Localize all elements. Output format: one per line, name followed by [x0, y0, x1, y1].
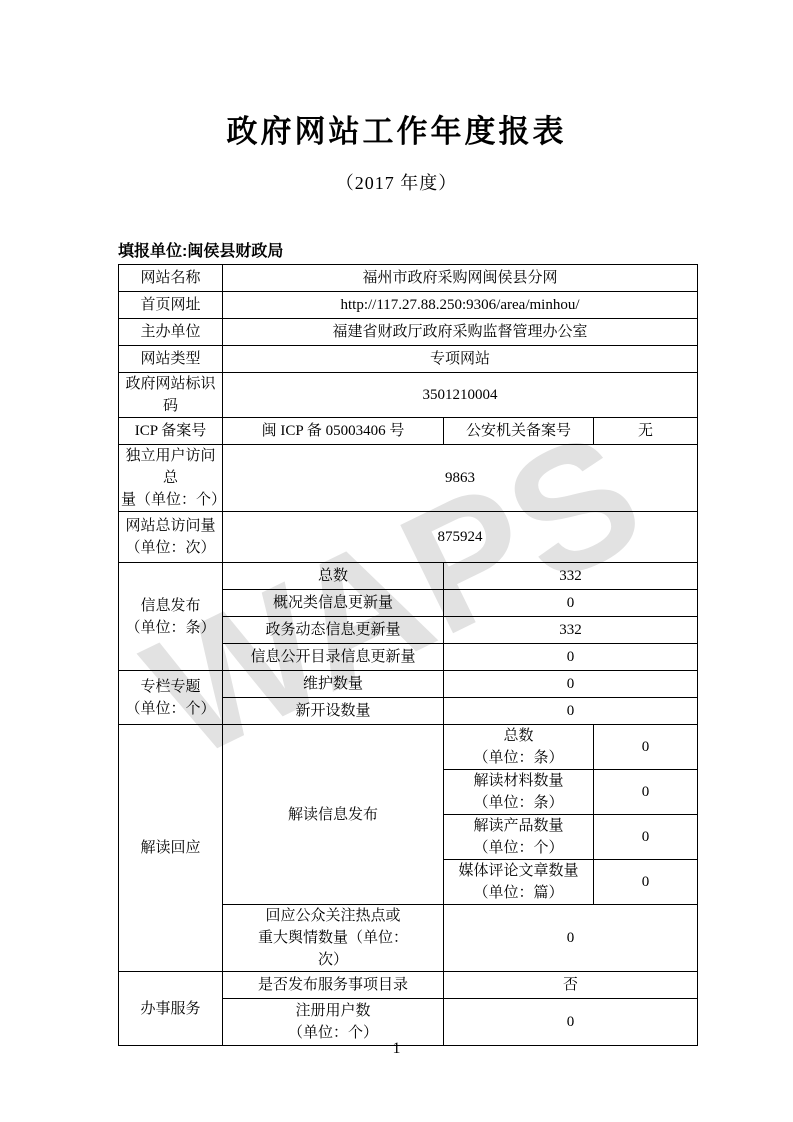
table-row: 信息发布 （单位：条） 总数 332 [119, 563, 698, 590]
info-release-item-value: 0 [444, 590, 698, 617]
interpretation-item-value: 0 [594, 815, 698, 860]
special-columns-item-value: 0 [444, 698, 698, 725]
total-visits-label: 网站总访问量 （单位：次） [119, 512, 223, 563]
public-response-label: 回应公众关注热点或 重大舆情数量（单位： 次） [223, 905, 444, 972]
site-code-label: 政府网站标识码 [119, 373, 223, 418]
info-release-item-label: 信息公开目录信息更新量 [223, 644, 444, 671]
table-row: 主办单位 福建省财政厅政府采购监督管理办公室 [119, 319, 698, 346]
table-row: 解读回应 解读信息发布 总数 （单位：条） 0 [119, 725, 698, 770]
annual-report-table: 网站名称 福州市政府采购网闽侯县分网 首页网址 http://117.27.88… [118, 264, 698, 1046]
info-release-item-label: 概况类信息更新量 [223, 590, 444, 617]
homepage-url-value: http://117.27.88.250:9306/area/minhou/ [223, 292, 698, 319]
services-group-label: 办事服务 [119, 972, 223, 1046]
website-name-value: 福州市政府采购网闽侯县分网 [223, 265, 698, 292]
icp-value: 闽 ICP 备 05003406 号 [223, 418, 444, 445]
special-columns-item-label: 新开设数量 [223, 698, 444, 725]
interpretation-item-label: 解读产品数量 （单位：个） [444, 815, 594, 860]
website-name-label: 网站名称 [119, 265, 223, 292]
icp-label: ICP 备案号 [119, 418, 223, 445]
interpretation-item-label: 总数 （单位：条） [444, 725, 594, 770]
interpretation-release-label: 解读信息发布 [223, 725, 444, 905]
interpretation-item-value: 0 [594, 770, 698, 815]
services-item-label: 注册用户数 （单位：个） [223, 999, 444, 1046]
interpretation-item-label: 解读材料数量 （单位：条） [444, 770, 594, 815]
table-row: 办事服务 是否发布服务事项目录 否 [119, 972, 698, 999]
page-subtitle: （2017 年度） [0, 169, 793, 195]
interpretation-group-label: 解读回应 [119, 725, 223, 972]
police-record-label: 公安机关备案号 [444, 418, 594, 445]
homepage-url-label: 首页网址 [119, 292, 223, 319]
info-release-item-value: 332 [444, 617, 698, 644]
info-release-item-value: 0 [444, 644, 698, 671]
services-item-value: 0 [444, 999, 698, 1046]
organizer-label: 主办单位 [119, 319, 223, 346]
interpretation-item-value: 0 [594, 725, 698, 770]
interpretation-item-label: 媒体评论文章数量 （单位：篇） [444, 860, 594, 905]
table-row: 网站总访问量 （单位：次） 875924 [119, 512, 698, 563]
special-columns-item-value: 0 [444, 671, 698, 698]
reporting-unit: 填报单位:闽侯县财政局 [118, 238, 283, 261]
site-code-value: 3501210004 [223, 373, 698, 418]
website-type-value: 专项网站 [223, 346, 698, 373]
info-release-group-label: 信息发布 （单位：条） [119, 563, 223, 671]
organizer-value: 福建省财政厅政府采购监督管理办公室 [223, 319, 698, 346]
table-row: 网站类型 专项网站 [119, 346, 698, 373]
table-row: 独立用户访问总 量（单位：个） 9863 [119, 445, 698, 512]
special-columns-item-label: 维护数量 [223, 671, 444, 698]
total-visits-value: 875924 [223, 512, 698, 563]
table-row: ICP 备案号 闽 ICP 备 05003406 号 公安机关备案号 无 [119, 418, 698, 445]
table-row: 网站名称 福州市政府采购网闽侯县分网 [119, 265, 698, 292]
services-item-value: 否 [444, 972, 698, 999]
info-release-item-label: 政务动态信息更新量 [223, 617, 444, 644]
info-release-item-value: 332 [444, 563, 698, 590]
interpretation-item-value: 0 [594, 860, 698, 905]
table-row: 首页网址 http://117.27.88.250:9306/area/minh… [119, 292, 698, 319]
page-title: 政府网站工作年度报表 [0, 106, 793, 151]
table-row: 专栏专题 （单位：个） 维护数量 0 [119, 671, 698, 698]
police-record-value: 无 [594, 418, 698, 445]
table-row: 政府网站标识码 3501210004 [119, 373, 698, 418]
services-item-label: 是否发布服务事项目录 [223, 972, 444, 999]
info-release-item-label: 总数 [223, 563, 444, 590]
website-type-label: 网站类型 [119, 346, 223, 373]
public-response-value: 0 [444, 905, 698, 972]
special-columns-group-label: 专栏专题 （单位：个） [119, 671, 223, 725]
unique-visitors-label: 独立用户访问总 量（单位：个） [119, 445, 223, 512]
unique-visitors-value: 9863 [223, 445, 698, 512]
